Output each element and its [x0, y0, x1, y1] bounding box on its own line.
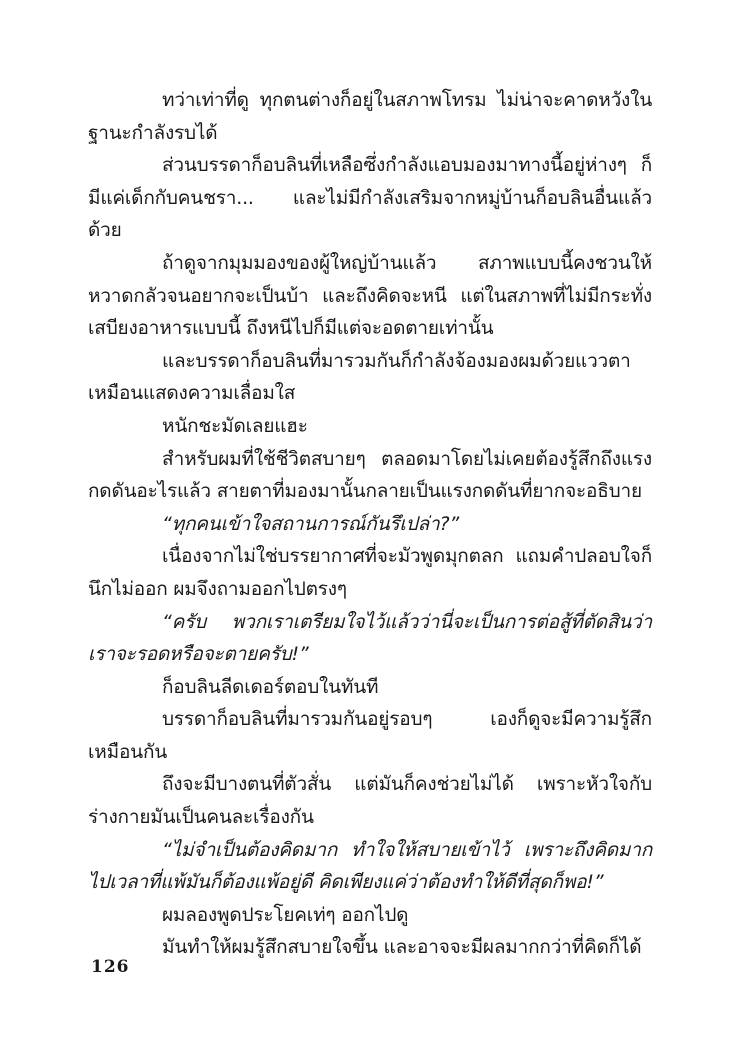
paragraph: ก็อบลินลีดเดอร์ตอบในทันที [88, 671, 652, 704]
paragraph: ผมลองพูดประโยคเท่ๆ ออกไปดู [88, 899, 652, 932]
paragraph: เนื่องจากไม่ใช่บรรยากาศที่จะมัวพูดมุกตลก… [88, 540, 652, 605]
dialogue-paragraph: “ครับ พวกเราเตรียมใจไว้แล้วว่านี่จะเป็นก… [88, 606, 652, 671]
paragraph: สำหรับผมที่ใช้ชีวิตสบายๆ ตลอดมาโดยไม่เคย… [88, 443, 652, 508]
dialogue-paragraph: “ไม่จำเป็นต้องคิดมาก ทำใจให้สบายเข้าไว้ … [88, 834, 652, 899]
page-body: ทว่าเท่าที่ดู ทุกตนต่างก็อยู่ในสภาพโทรม … [88, 84, 652, 964]
paragraph: ถึงจะมีบางตนที่ตัวสั่น แต่มันก็คงช่วยไม่… [88, 768, 652, 833]
page-number: 126 [91, 957, 130, 977]
paragraph: และบรรดาก็อบลินที่มารวมกันก็กำลังจ้องมอง… [88, 345, 652, 410]
dialogue-paragraph: “ทุกคนเข้าใจสถานการณ์กันรึเปล่า?” [88, 508, 652, 541]
paragraph: หนักชะมัดเลยแฮะ [88, 410, 652, 443]
paragraph: ทว่าเท่าที่ดู ทุกตนต่างก็อยู่ในสภาพโทรม … [88, 84, 652, 149]
paragraph: ถ้าดูจากมุมมองของผู้ใหญ่บ้านแล้ว สภาพแบบ… [88, 247, 652, 345]
paragraph: บรรดาก็อบลินที่มารวมกันอยู่รอบๆ เองก็ดูจ… [88, 703, 652, 768]
paragraph: มันทำให้ผมรู้สึกสบายใจขึ้น และอาจจะมีผลม… [88, 931, 652, 964]
paragraph: ส่วนบรรดาก็อบลินที่เหลือซึ่งกำลังแอบมองม… [88, 149, 652, 247]
